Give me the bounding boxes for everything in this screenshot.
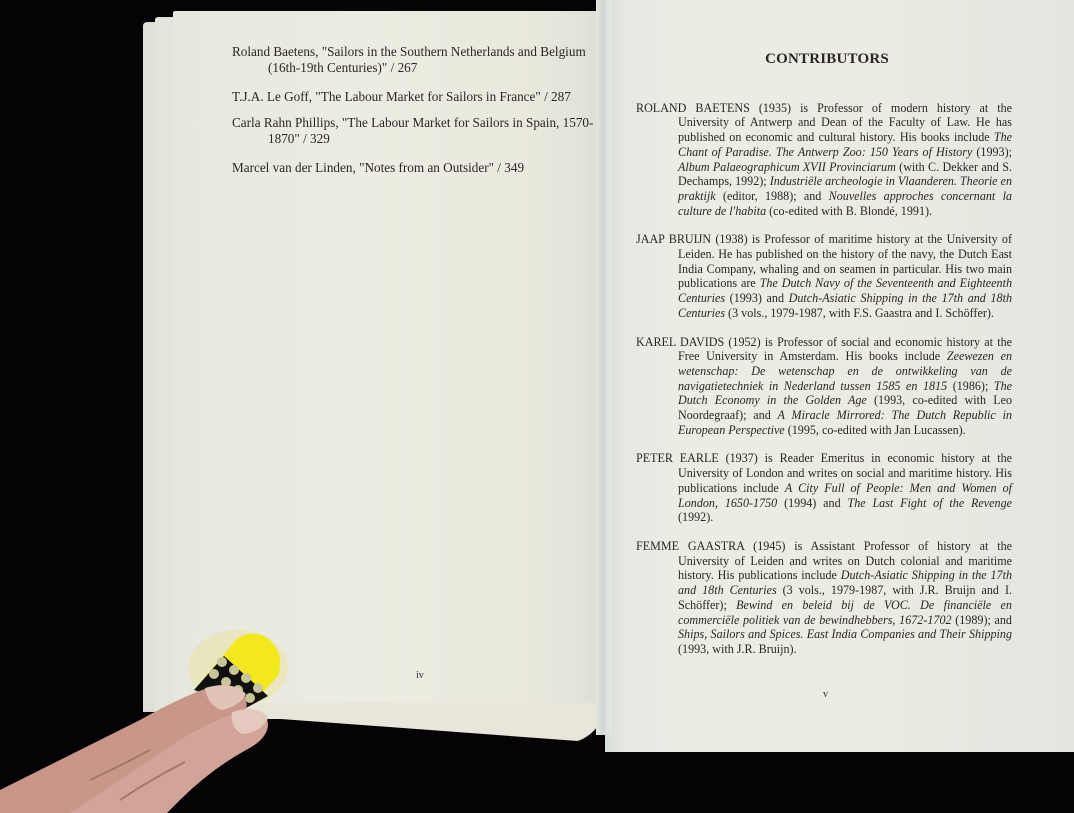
- contributors-section: CONTRIBUTORS ROLAND BAETENS (1935) is Pr…: [636, 52, 1012, 671]
- hand-fingers: [0, 680, 290, 813]
- bio-text: (1995, co-edited with Jan Lucassen).: [785, 423, 966, 437]
- contributor-bio: KAREL DAVIDS (1952) is Professor of soci…: [636, 335, 1012, 438]
- toc-entry: T.J.A. Le Goff, "The Labour Market for S…: [232, 89, 594, 105]
- bio-list: ROLAND BAETENS (1935) is Professor of mo…: [636, 101, 1012, 657]
- book-title: Album Palaeographicum XVII Provinciarum: [678, 160, 896, 174]
- bio-text: (1993) and: [725, 291, 789, 305]
- bio-text: (1993, with J.R. Bruijn).: [678, 642, 797, 656]
- bio-text: (editor, 1988); and: [716, 189, 829, 203]
- table-of-contents: Roland Baetens, "Sailors in the Southern…: [232, 44, 594, 189]
- contributor-bio: PETER EARLE (1937) is Reader Emeritus in…: [636, 451, 1012, 525]
- toc-entry: Roland Baetens, "Sailors in the Southern…: [232, 44, 594, 76]
- book-title: The Last Fight of the Revenge: [847, 496, 1012, 510]
- bio-text: (1989); and: [952, 613, 1012, 627]
- bio-text: (co-edited with B. Blondé, 1991).: [766, 204, 932, 218]
- bio-text: (1992).: [678, 510, 713, 524]
- toc-entry: Carla Rahn Phillips, "The Labour Market …: [232, 115, 594, 147]
- toc-entry: Marcel van der Linden, "Notes from an Ou…: [232, 160, 594, 176]
- bio-text: ROLAND BAETENS (1935) is Professor of mo…: [636, 101, 1012, 144]
- bio-text: (1986);: [947, 379, 994, 393]
- bio-text: (1994) and: [777, 496, 847, 510]
- contributor-bio: JAAP BRUIJN (1938) is Professor of marit…: [636, 232, 1012, 320]
- contributor-bio: FEMME GAASTRA (1945) is Assistant Profes…: [636, 539, 1012, 657]
- book-spine: [596, 0, 612, 735]
- book-title: Ships, Sailors and Spices. East India Co…: [678, 627, 1012, 641]
- bio-text: (1993);: [972, 145, 1012, 159]
- page-number-left: iv: [416, 670, 424, 681]
- bio-text: (3 vols., 1979-1987, with F.S. Gaastra a…: [725, 306, 994, 320]
- page-number-right: v: [823, 689, 828, 700]
- contributors-heading: CONTRIBUTORS: [636, 52, 1012, 67]
- contributor-bio: ROLAND BAETENS (1935) is Professor of mo…: [636, 101, 1012, 219]
